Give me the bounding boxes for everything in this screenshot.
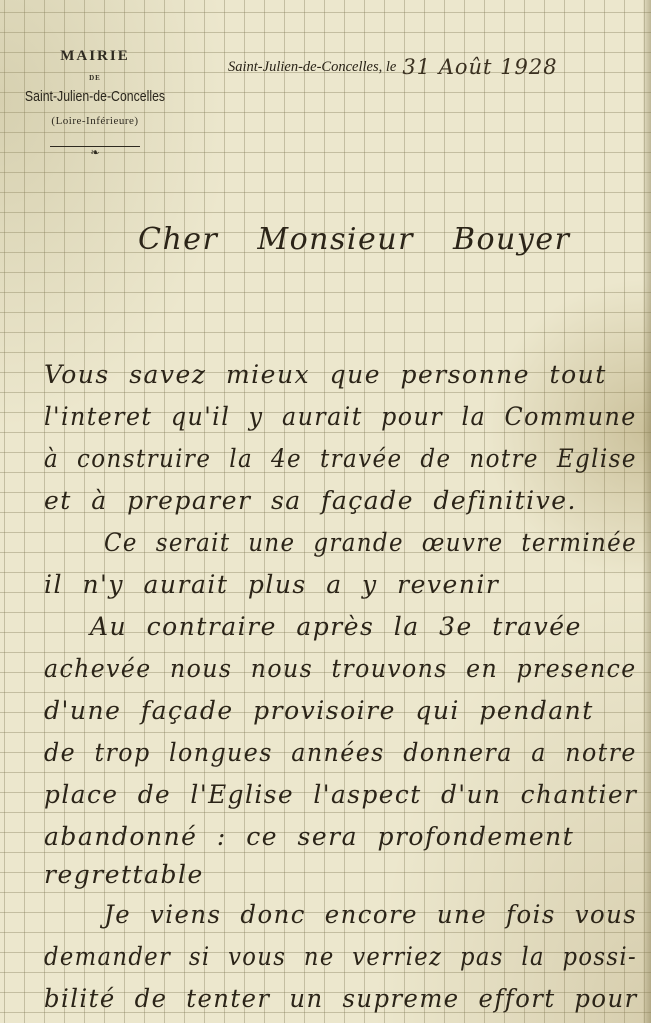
body-line: Je viens donc encore une fois vous: [104, 900, 637, 929]
salutation: Cher Monsieur Bouyer: [138, 222, 570, 257]
letterhead-de: DE: [0, 74, 190, 82]
body-line: place de l'Eglise l'aspect d'un chantier: [44, 780, 637, 809]
fleuron-ornament-icon: ❧: [0, 148, 190, 158]
body-line: d'une façade provisoire qui pendant: [44, 696, 594, 725]
body-line: et à preparer sa façade definitive.: [44, 486, 577, 515]
letterhead: MAIRIE DE Saint-Julien-de-Concelles (Loi…: [0, 48, 190, 158]
body-line: regrettable: [44, 860, 204, 889]
body-line: achevée nous nous trouvons en presence: [44, 654, 637, 683]
body-line: il n'y aurait plus a y revenir: [44, 570, 499, 599]
body-line: abandonné : ce sera profondement: [44, 822, 574, 851]
dateline-handwritten-date: 31 Août 1928: [402, 55, 557, 79]
body-line: l'interet qu'il y aurait pour la Commune: [44, 402, 637, 431]
dateline: Saint-Julien-de-Concelles, le31 Août 192…: [228, 52, 558, 76]
paper-edge-shadow: [643, 0, 651, 1023]
body-line: bilité de tenter un supreme effort pour: [44, 984, 638, 1013]
dateline-printed: Saint-Julien-de-Concelles, le: [228, 59, 396, 75]
body-line: Au contraire après la 3e travée: [90, 612, 582, 641]
body-line: demander si vous ne verriez pas la possi…: [44, 942, 637, 971]
body-line: Ce serait une grande œuvre terminée: [104, 528, 637, 557]
letterhead-department: (Loire-Inférieure): [0, 115, 190, 127]
body-line: de trop longues années donnera a notre: [44, 738, 637, 767]
body-line: à construire la 4e travée de notre Eglis…: [44, 444, 637, 473]
body-line: Vous savez mieux que personne tout: [44, 360, 607, 389]
letterhead-title: MAIRIE: [0, 48, 190, 65]
letterhead-town: Saint-Julien-de-Concelles: [17, 88, 173, 105]
